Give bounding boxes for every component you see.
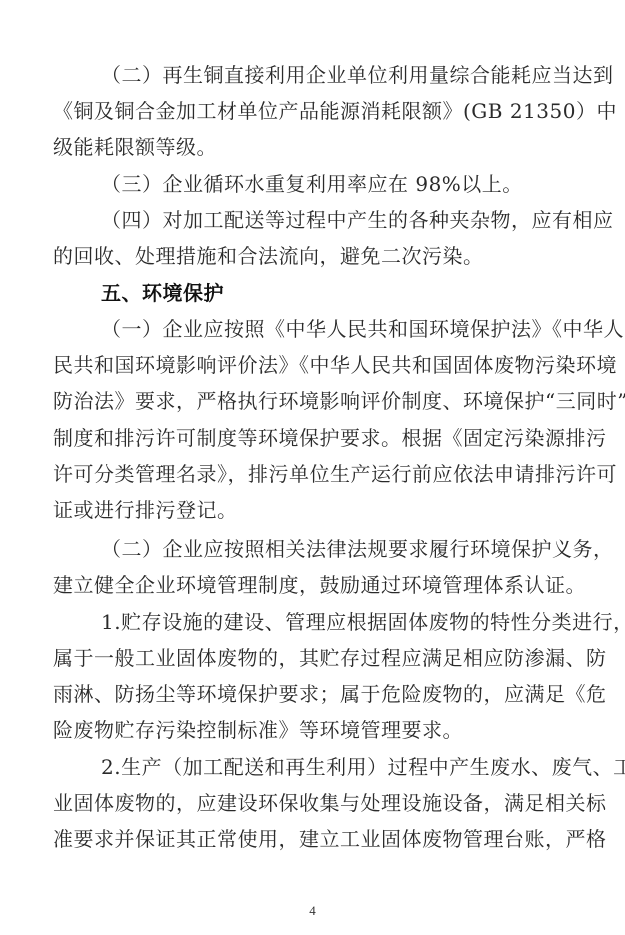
text-line: 建立健全企业环境管理制度，鼓励通过环境管理体系认证。 <box>53 567 582 603</box>
text-line: （三）企业循环水重复利用率应在 98%以上。 <box>101 166 582 202</box>
text-line: 雨淋、防扬尘等环境保护要求；属于危险废物的，应满足《危 <box>53 676 582 712</box>
text-line: 2.生产（加工配送和再生利用）过程中产生废水、废气、工 <box>101 749 582 785</box>
page-number: 4 <box>0 903 625 919</box>
text-line: 险废物贮存污染控制标准》等环境管理要求。 <box>53 712 582 748</box>
text-line: （二）再生铜直接利用企业单位利用量综合能耗应当达到 <box>101 57 582 93</box>
text-line: （四）对加工配送等过程中产生的各种夹杂物，应有相应 <box>101 202 582 238</box>
text-line: 制度和排污许可制度等环境保护要求。根据《固定污染源排污 <box>53 420 582 456</box>
text-line: 的回收、处理措施和合法流向，避免二次污染。 <box>53 238 582 274</box>
text-line: 属于一般工业固体废物的，其贮存过程应满足相应防渗漏、防 <box>53 640 582 676</box>
text-line: 防治法》要求，严格执行环境影响评价制度、环境保护“三同时” <box>53 383 582 419</box>
text-line: 准要求并保证其正常使用，建立工业固体废物管理台账，严格 <box>53 821 582 857</box>
text-line: 级能耗限额等级。 <box>53 129 582 165</box>
document-page: （二）再生铜直接利用企业单位利用量综合能耗应当达到 《铜及铜合金加工材单位产品能… <box>0 0 625 935</box>
text-line: 《铜及铜合金加工材单位产品能源消耗限额》(GB 21350）中 1 <box>53 93 582 129</box>
text-line: （一）企业应按照《中华人民共和国环境保护法》《中华人 <box>101 311 582 347</box>
section-heading: 五、环境保护 <box>101 275 401 311</box>
text-line: 民共和国环境影响评价法》《中华人民共和国固体废物污染环境 <box>53 347 582 383</box>
text-line: 许可分类管理名录》，排污单位生产运行前应依法申请排污许可 <box>53 456 582 492</box>
text-line: （二）企业应按照相关法律法规要求履行环境保护义务， <box>101 531 582 567</box>
text-line: 1.贮存设施的建设、管理应根据固体废物的特性分类进行， <box>101 604 582 640</box>
text-line: 证或进行排污登记。 <box>53 492 582 528</box>
text-line: 业固体废物的，应建设环保收集与处理设施设备，满足相关标 <box>53 785 582 821</box>
